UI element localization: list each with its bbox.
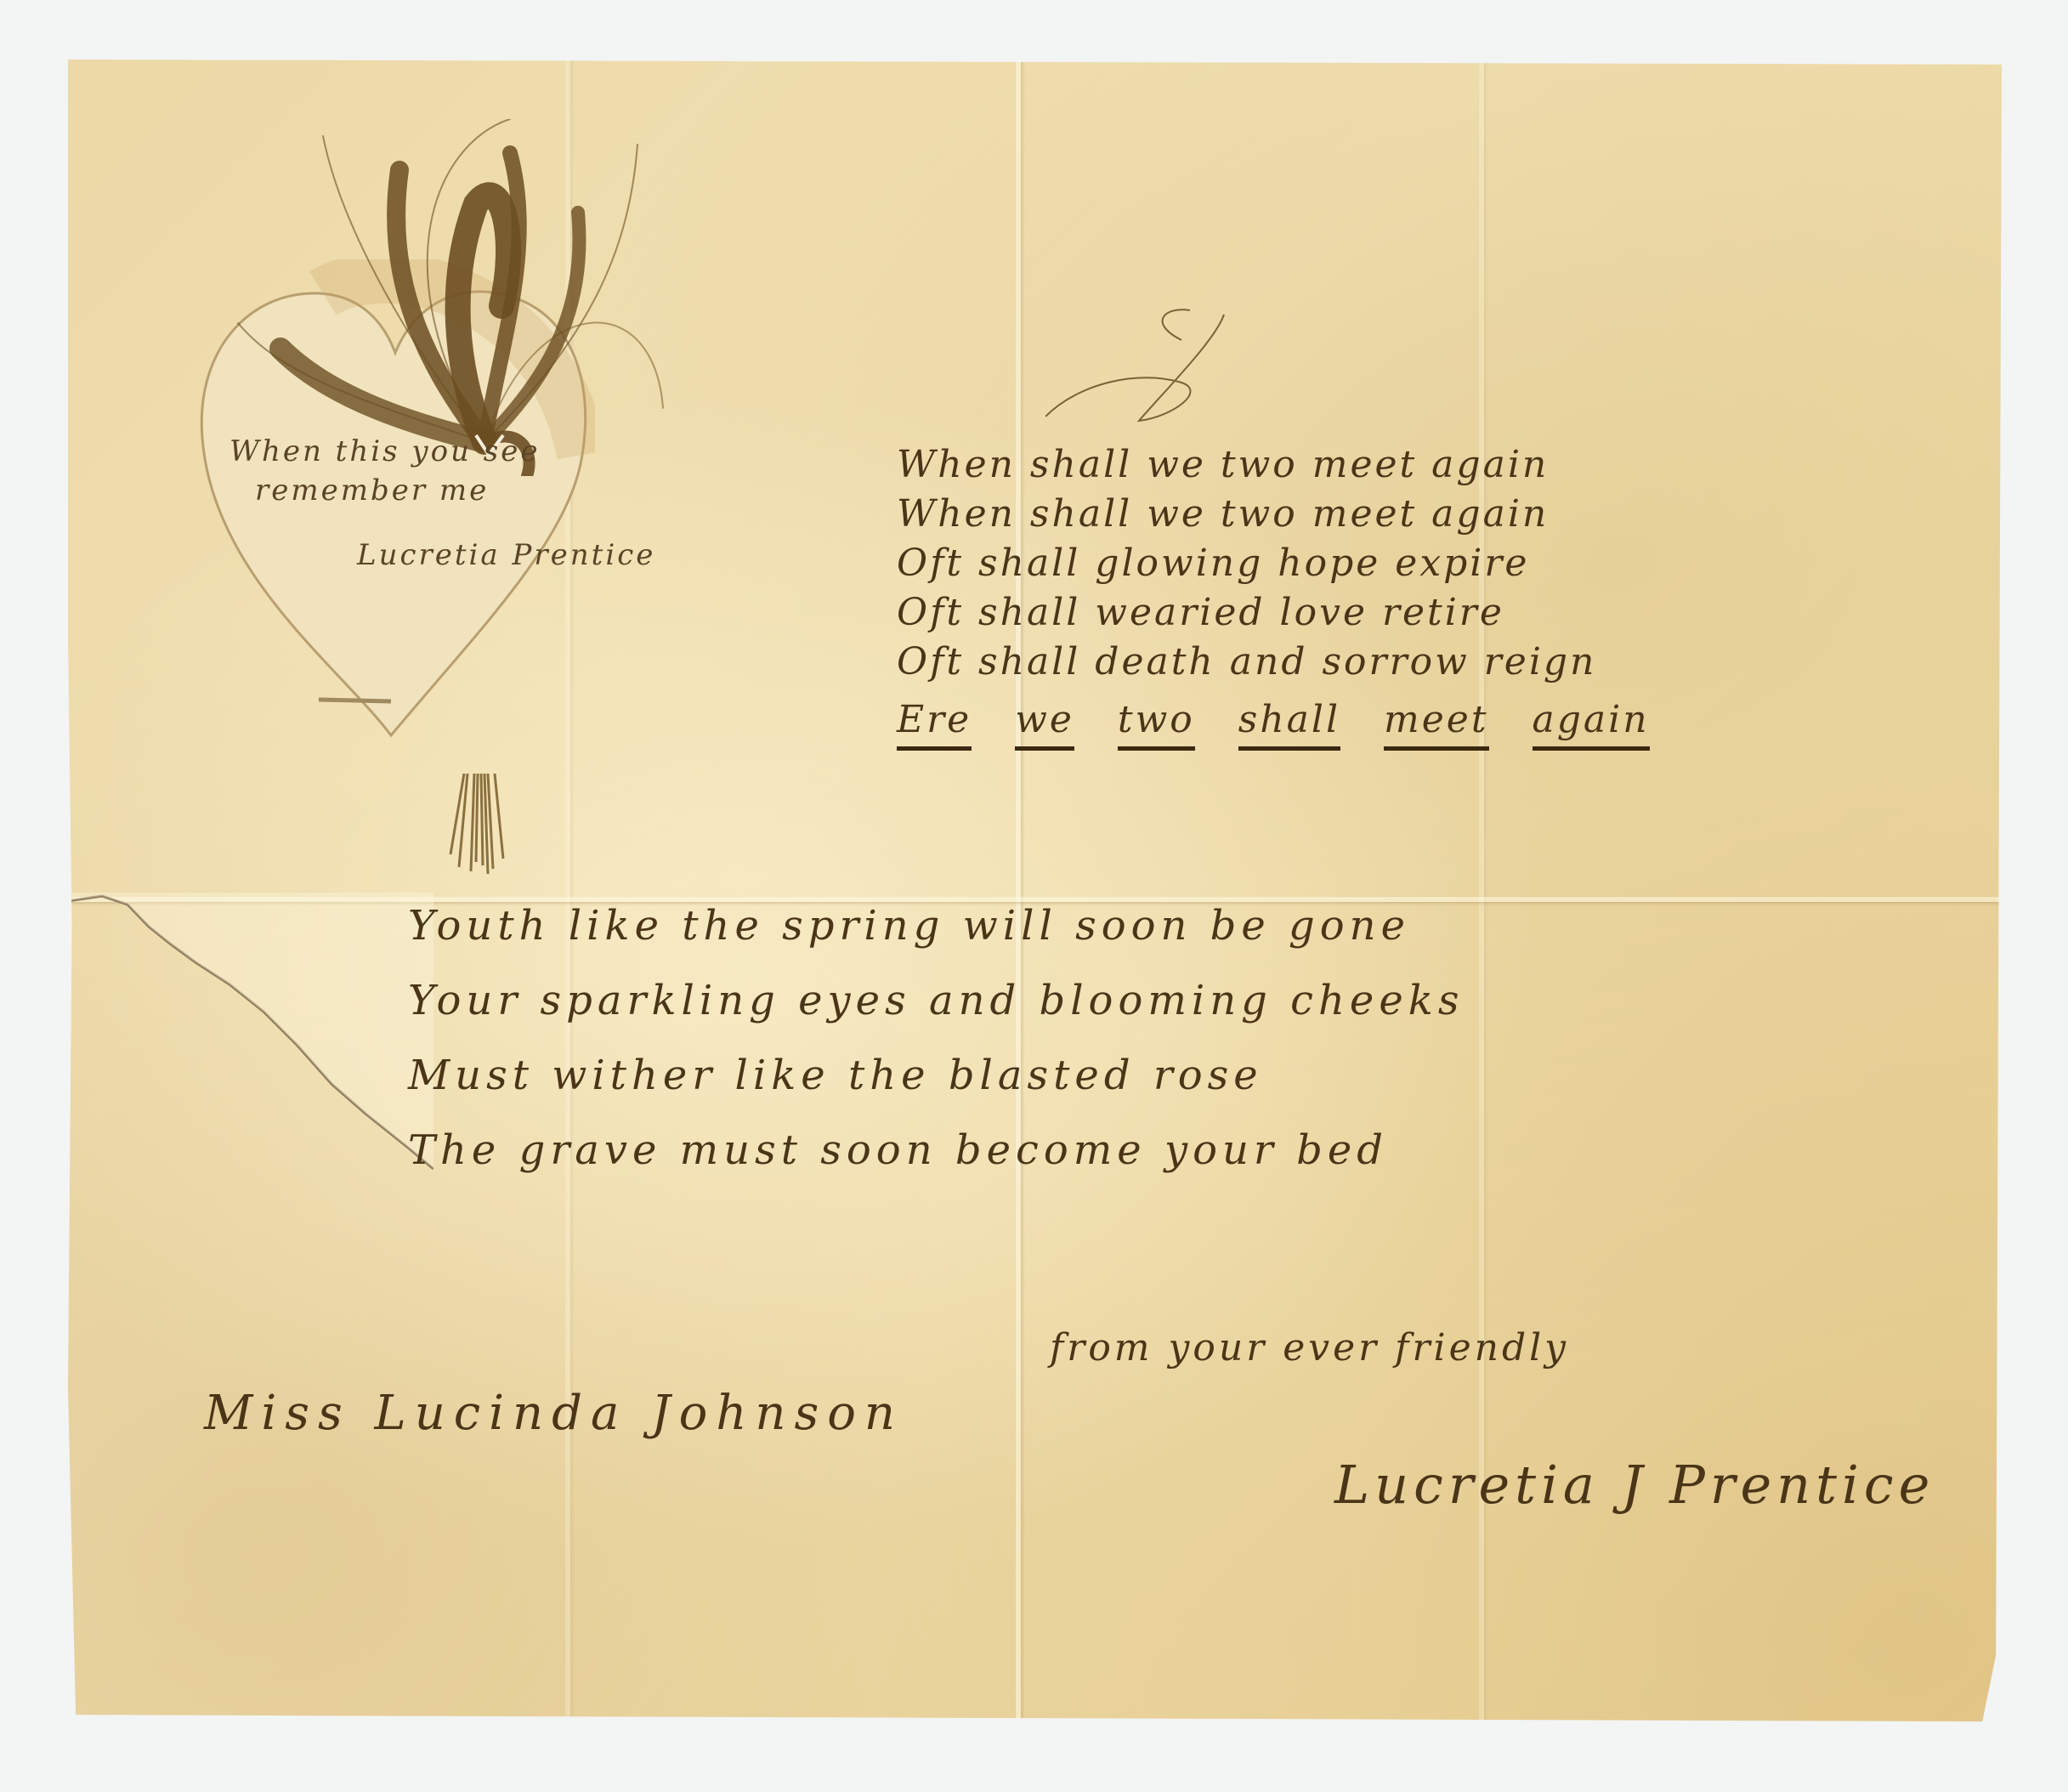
poem-line: When shall we two meet again [897,440,1679,490]
poem-line: Oft shall glowing hope expire [897,539,1679,588]
poem-line: The grave must soon become your bed [408,1113,1464,1188]
underlined-word: again [1533,698,1650,751]
poem-line: Oft shall wearied love retire [897,588,1679,638]
underlined-word: meet [1384,698,1488,751]
poem-stanza-2: Youth like the spring will soon be gone … [408,888,1464,1188]
valediction: from your ever friendly [1050,1326,1569,1370]
lock-of-hair [229,119,671,476]
paper-tear [68,893,433,1190]
pen-flourish [1045,289,1249,425]
closing-signature: Lucretia J Prentice [1334,1454,1935,1516]
heart-inscription-line: When this you see [229,432,655,471]
underlined-word: we [1015,698,1074,751]
letter-paper: When this you see remember me Lucretia P… [68,60,2002,1721]
hair-tail [433,774,527,876]
heart-inscription: When this you see remember me Lucretia P… [229,432,655,575]
underlined-word: Ere [897,698,972,751]
poem-stanza-1: When shall we two meet again When shall … [897,440,1679,745]
poem-line: Oft shall death and sorrow reign [897,638,1679,687]
poem-line: Your sparkling eyes and blooming cheeks [408,963,1464,1038]
heart-inscription-line: remember me [229,471,655,510]
poem-line-underlined: Ere we two shall meet again [897,695,1679,745]
poem-line: When shall we two meet again [897,490,1679,539]
poem-line: Must wither like the blasted rose [408,1038,1464,1113]
addressee: Miss Lucinda Johnson [204,1386,904,1441]
underlined-word: shall [1238,698,1340,751]
heart-signature: Lucretia Prentice [229,536,655,575]
underlined-word: two [1118,698,1195,751]
poem-line: Youth like the spring will soon be gone [408,888,1464,963]
